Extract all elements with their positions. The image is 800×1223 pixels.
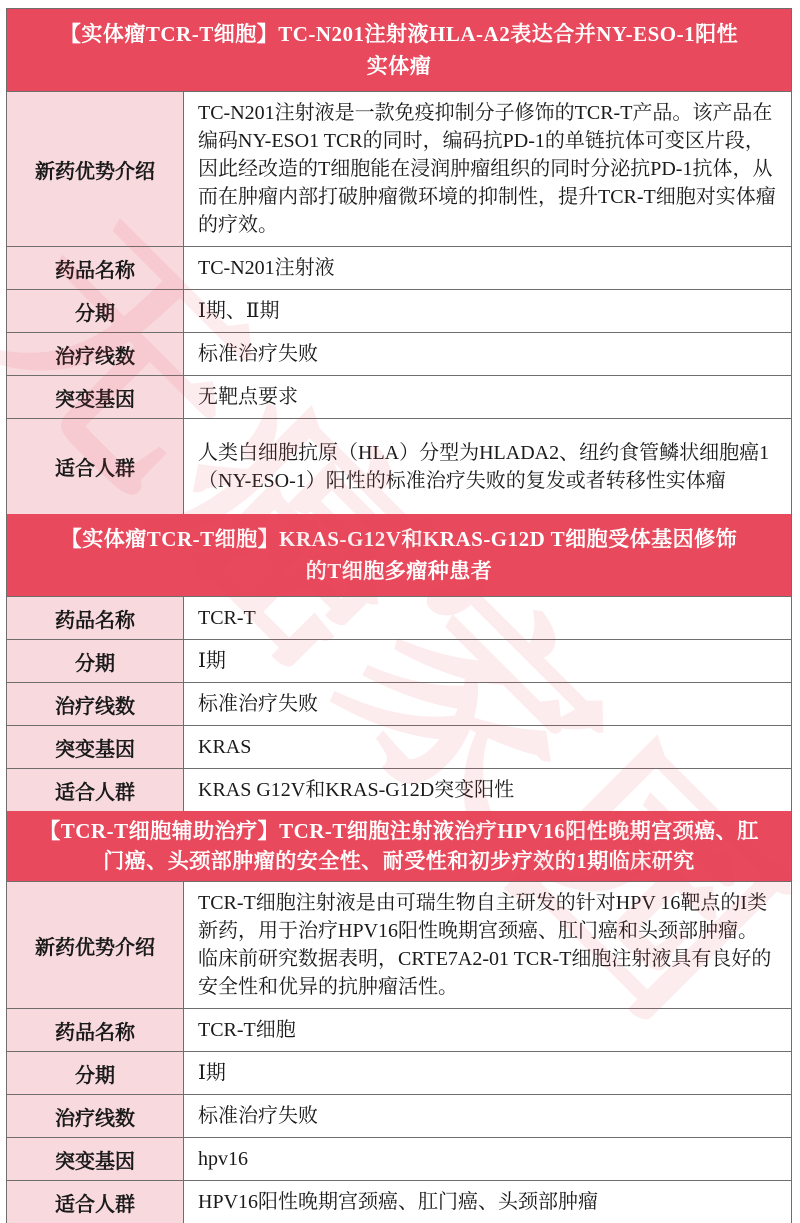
table-row: 治疗线数标准治疗失败 bbox=[7, 1094, 791, 1137]
row-value: KRAS G12V和KRAS-G12D突变阳性 bbox=[184, 769, 791, 811]
table-row: 药品名称TCR-T bbox=[7, 596, 791, 639]
row-value: TC-N201注射液 bbox=[184, 247, 791, 289]
row-value: 无靶点要求 bbox=[184, 376, 791, 418]
row-value: TC-N201注射液是一款免疫抑制分子修饰的TCR-T产品。该产品在编码NY-E… bbox=[184, 92, 791, 246]
table-row: 分期Ⅰ期、Ⅱ期 bbox=[7, 289, 791, 332]
table-row: 突变基因无靶点要求 bbox=[7, 375, 791, 418]
table-row: 适合人群KRAS G12V和KRAS-G12D突变阳性 bbox=[7, 768, 791, 811]
row-label: 分期 bbox=[7, 1052, 184, 1094]
row-label: 新药优势介绍 bbox=[7, 882, 184, 1008]
row-label: 分期 bbox=[7, 290, 184, 332]
row-value: 标准治疗失败 bbox=[184, 683, 791, 725]
section-header: 【实体瘤TCR-T细胞】TC-N201注射液HLA-A2表达合并NY-ESO-1… bbox=[7, 9, 791, 91]
row-value: HPV16阳性晚期宫颈癌、肛门癌、头颈部肿瘤 bbox=[184, 1181, 791, 1223]
table-row: 分期Ⅰ期 bbox=[7, 1051, 791, 1094]
section: 【TCR-T细胞辅助治疗】TCR-T细胞注射液治疗HPV16阳性晚期宫颈癌、肛门… bbox=[7, 811, 791, 1223]
table-row: 药品名称TC-N201注射液 bbox=[7, 246, 791, 289]
row-label: 适合人群 bbox=[7, 769, 184, 811]
row-label: 治疗线数 bbox=[7, 683, 184, 725]
row-label: 突变基因 bbox=[7, 1138, 184, 1180]
row-value: TCR-T细胞注射液是由可瑞生物自主研发的针对HPV 16靶点的I类新药，用于治… bbox=[184, 882, 791, 1008]
table-row: 治疗线数标准治疗失败 bbox=[7, 682, 791, 725]
row-label: 治疗线数 bbox=[7, 333, 184, 375]
row-value: TCR-T bbox=[184, 597, 791, 639]
table-row: 突变基因hpv16 bbox=[7, 1137, 791, 1180]
row-value: 人类白细胞抗原（HLA）分型为HLADA2、纽约食管鳞状细胞癌1（NY-ESO-… bbox=[184, 419, 791, 514]
row-value: TCR-T细胞 bbox=[184, 1009, 791, 1051]
row-label: 治疗线数 bbox=[7, 1095, 184, 1137]
table-row: 突变基因KRAS bbox=[7, 725, 791, 768]
row-label: 药品名称 bbox=[7, 1009, 184, 1051]
row-value: Ⅰ期 bbox=[184, 1052, 791, 1094]
table-row: 适合人群人类白细胞抗原（HLA）分型为HLADA2、纽约食管鳞状细胞癌1（NY-… bbox=[7, 418, 791, 514]
row-value: 标准治疗失败 bbox=[184, 1095, 791, 1137]
row-value: 标准治疗失败 bbox=[184, 333, 791, 375]
section: 【实体瘤TCR-T细胞】TC-N201注射液HLA-A2表达合并NY-ESO-1… bbox=[7, 9, 791, 514]
table-row: 新药优势介绍TCR-T细胞注射液是由可瑞生物自主研发的针对HPV 16靶点的I类… bbox=[7, 881, 791, 1008]
section-header: 【TCR-T细胞辅助治疗】TCR-T细胞注射液治疗HPV16阳性晚期宫颈癌、肛门… bbox=[7, 811, 791, 881]
row-value: hpv16 bbox=[184, 1138, 791, 1180]
row-label: 药品名称 bbox=[7, 597, 184, 639]
table-row: 药品名称TCR-T细胞 bbox=[7, 1008, 791, 1051]
row-value: Ⅰ期、Ⅱ期 bbox=[184, 290, 791, 332]
row-label: 突变基因 bbox=[7, 376, 184, 418]
row-label: 分期 bbox=[7, 640, 184, 682]
row-value: KRAS bbox=[184, 726, 791, 768]
table-row: 适合人群HPV16阳性晚期宫颈癌、肛门癌、头颈部肿瘤 bbox=[7, 1180, 791, 1223]
row-label: 适合人群 bbox=[7, 419, 184, 514]
row-value: Ⅰ期 bbox=[184, 640, 791, 682]
row-label: 药品名称 bbox=[7, 247, 184, 289]
clinical-trials-table: 【实体瘤TCR-T细胞】TC-N201注射液HLA-A2表达合并NY-ESO-1… bbox=[6, 8, 792, 1223]
table-row: 治疗线数标准治疗失败 bbox=[7, 332, 791, 375]
section-header: 【实体瘤TCR-T细胞】KRAS-G12V和KRAS-G12D T细胞受体基因修… bbox=[7, 514, 791, 596]
section: 【实体瘤TCR-T细胞】KRAS-G12V和KRAS-G12D T细胞受体基因修… bbox=[7, 514, 791, 811]
row-label: 突变基因 bbox=[7, 726, 184, 768]
table-row: 分期Ⅰ期 bbox=[7, 639, 791, 682]
row-label: 新药优势介绍 bbox=[7, 92, 184, 246]
row-label: 适合人群 bbox=[7, 1181, 184, 1223]
table-row: 新药优势介绍TC-N201注射液是一款免疫抑制分子修饰的TCR-T产品。该产品在… bbox=[7, 91, 791, 246]
